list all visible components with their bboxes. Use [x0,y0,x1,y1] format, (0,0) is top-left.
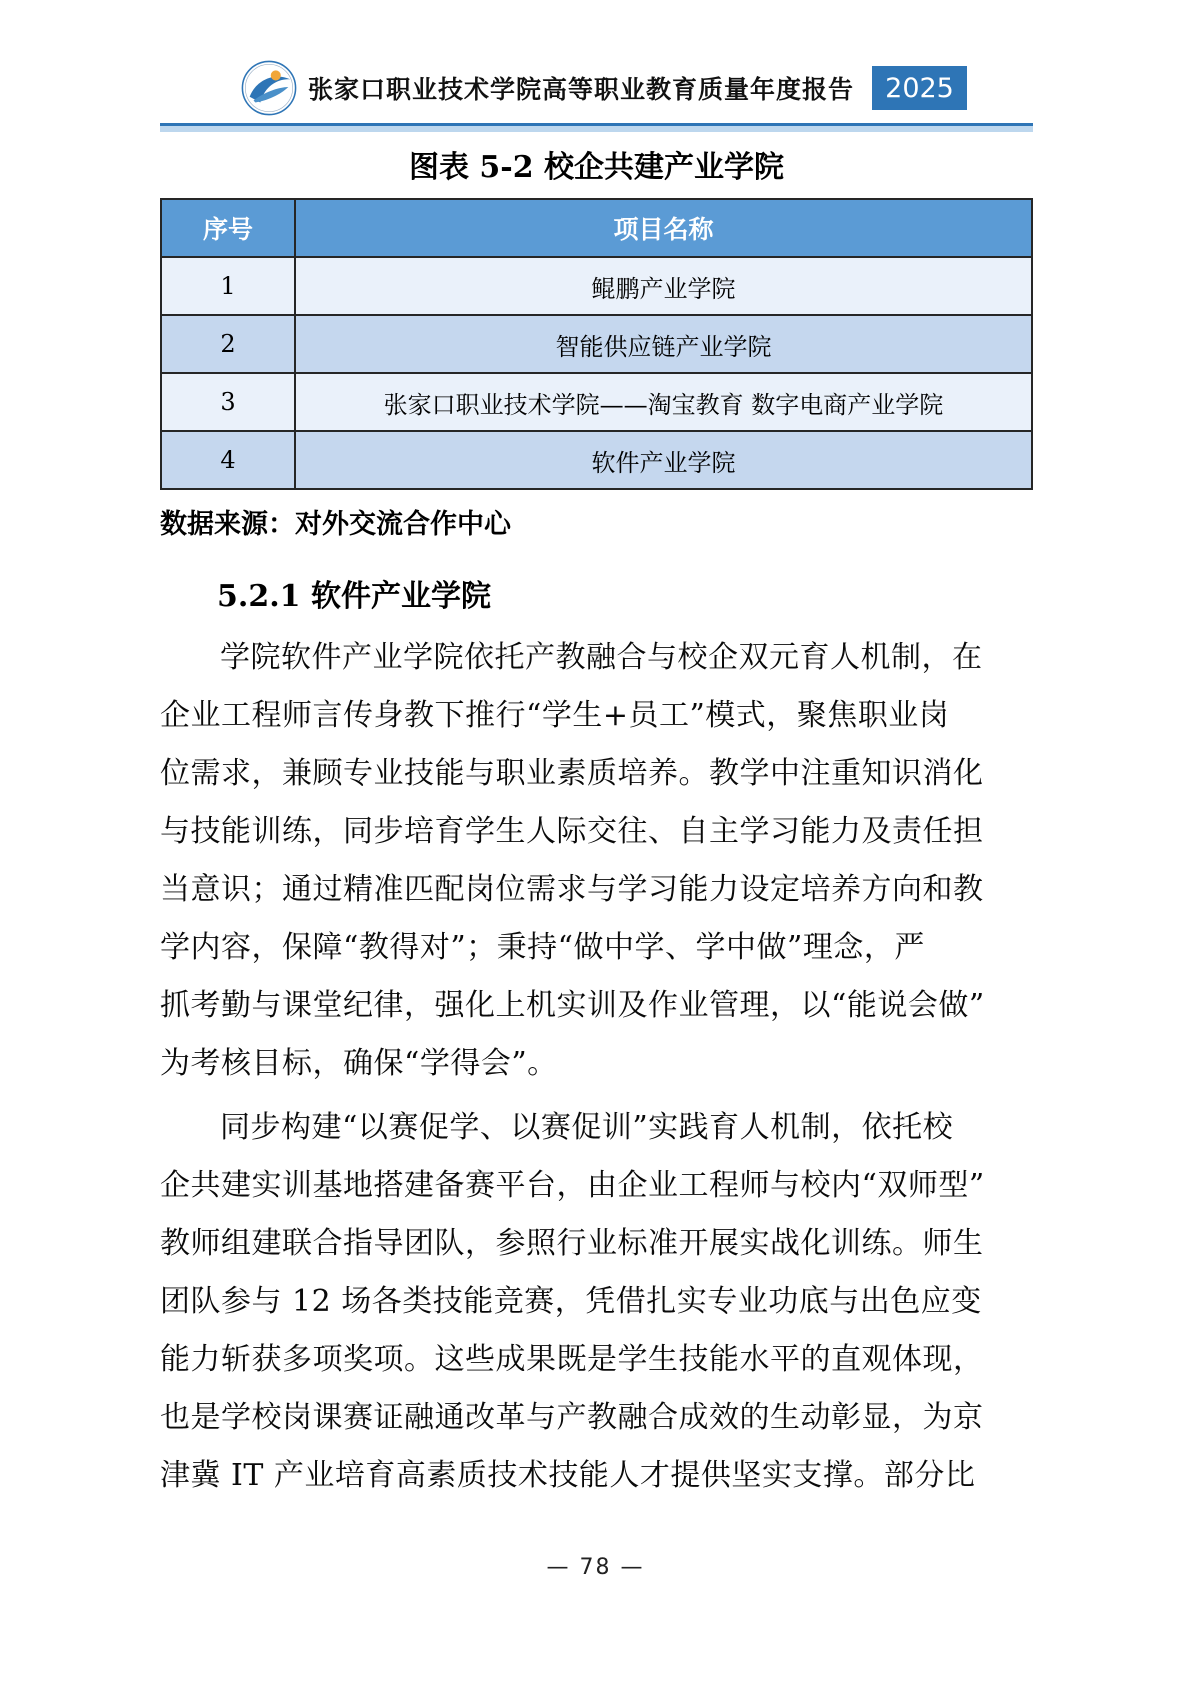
text-line: 也是学校岗课赛证融通改革与产教融合成效的生动彰显，为京 [160,1389,972,1447]
text-line: 同步构建“以赛促学、以赛促训”实践育人机制，依托校 [160,1099,972,1157]
text-line: 当意识；通过精准匹配岗位需求与学习能力设定培养方向和教 [160,861,972,919]
report-title: 张家口职业技术学院高等职业教育质量年度报告 [308,70,854,106]
text-line: 位需求，兼顾专业技能与职业素质培养。教学中注重知识消化 [160,745,972,803]
text-line: 能力斩获多项奖项。这些成果既是学生技能水平的直观体现， [160,1331,972,1389]
text-line: 抓考勤与课堂纪律，强化上机实训及作业管理，以“能说会做” [160,977,972,1035]
cell-index: 2 [161,315,295,373]
cell-project-name: 软件产业学院 [295,431,1032,489]
text-line: 为考核目标，确保“学得会”。 [160,1035,972,1093]
table-row: 3 张家口职业技术学院——淘宝教育 数字电商产业学院 [161,373,1032,431]
table-row: 1 鲲鹏产业学院 [161,257,1032,315]
table-row: 4 软件产业学院 [161,431,1032,489]
page-number: — 78 — [0,1555,1191,1580]
text-line: 学院软件产业学院依托产教融合与校企双元育人机制，在 [160,629,972,687]
text-line: 津冀 IT 产业培育高素质技术技能人才提供坚实支撑。部分比 [160,1447,972,1505]
text-line: 企共建实训基地搭建备赛平台，由企业工程师与校内“双师型” [160,1157,972,1215]
cell-index: 4 [161,431,295,489]
school-logo-icon [240,58,298,118]
page-header: 张家口职业技术学院高等职业教育质量年度报告 2025 [160,0,1033,118]
header-rule [160,123,1033,132]
cell-index: 3 [161,373,295,431]
report-page: 张家口职业技术学院高等职业教育质量年度报告 2025 图表 5-2 校企共建产业… [0,0,1191,1684]
table-row: 2 智能供应链产业学院 [161,315,1032,373]
year-badge: 2025 [872,66,967,110]
table-header-row: 序号 项目名称 [161,199,1032,257]
text-line: 企业工程师言传身教下推行“学生+员工”模式，聚焦职业岗 [160,687,972,745]
cell-project-name: 鲲鹏产业学院 [295,257,1032,315]
text-line: 团队参与 12 场各类技能竞赛，凭借扎实专业功底与出色应变 [160,1273,972,1331]
table-caption: 图表 5-2 校企共建产业学院 [160,148,1033,188]
cell-project-name: 张家口职业技术学院——淘宝教育 数字电商产业学院 [295,373,1032,431]
paragraph: 同步构建“以赛促学、以赛促训”实践育人机制，依托校 企共建实训基地搭建备赛平台，… [160,1099,972,1505]
section-heading: 5.2.1 软件产业学院 [160,571,1033,615]
column-header-project-name: 项目名称 [295,199,1032,257]
industry-college-table: 序号 项目名称 1 鲲鹏产业学院 2 智能供应链产业学院 3 张家口职业技术学院… [160,198,1033,490]
column-header-index: 序号 [161,199,295,257]
text-line: 与技能训练，同步培育学生人际交往、自主学习能力及责任担 [160,803,972,861]
body-text: 学院软件产业学院依托产教融合与校企双元育人机制，在 企业工程师言传身教下推行“学… [160,629,972,1505]
text-line: 学内容，保障“教得对”；秉持“做中学、学中做”理念，严 [160,919,972,977]
text-line: 教师组建联合指导团队，参照行业标准开展实战化训练。师生 [160,1215,972,1273]
cell-project-name: 智能供应链产业学院 [295,315,1032,373]
data-source-note: 数据来源：对外交流合作中心 [160,502,1033,541]
paragraph: 学院软件产业学院依托产教融合与校企双元育人机制，在 企业工程师言传身教下推行“学… [160,629,972,1093]
cell-index: 1 [161,257,295,315]
